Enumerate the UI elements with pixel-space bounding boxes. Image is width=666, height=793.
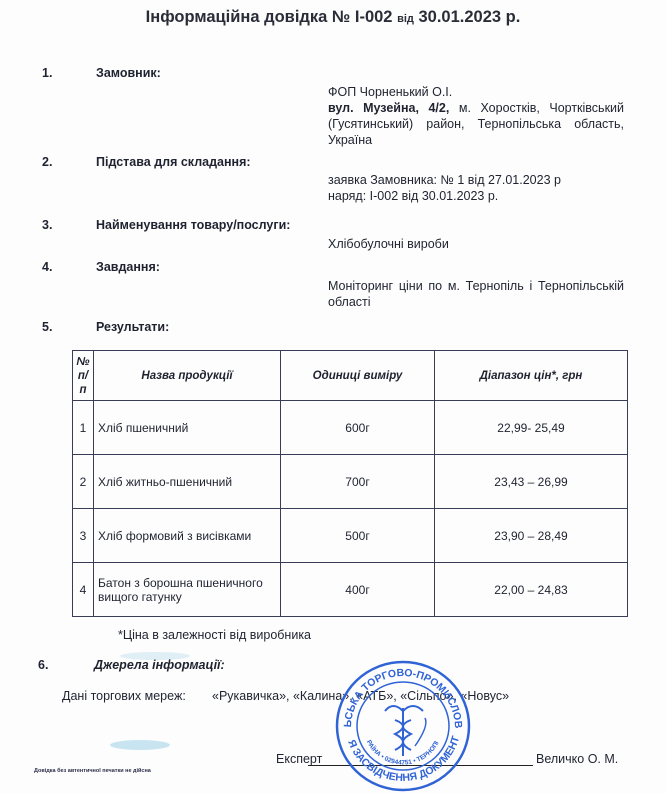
row-price-range: 23,90 – 28,49 bbox=[435, 509, 628, 563]
row-number: 2 bbox=[73, 455, 94, 509]
price-footnote: *Ціна в залежності від виробника bbox=[118, 628, 311, 642]
row-unit: 500г bbox=[281, 509, 435, 563]
signature-role: Експерт bbox=[276, 752, 322, 766]
section-4-label: Завдання: bbox=[96, 260, 160, 274]
signature-name: Величко О. М. bbox=[536, 752, 618, 766]
disclaimer-text: Довідка без автентичної печатки не дійсн… bbox=[34, 768, 151, 774]
header-unit: Одиниці виміру bbox=[281, 351, 435, 401]
scan-speck bbox=[120, 652, 190, 660]
header-product-name: Назва продукції bbox=[94, 351, 281, 401]
customer-name: ФОП Чорненький О.І. bbox=[328, 84, 624, 100]
section-2-number: 2. bbox=[42, 155, 52, 169]
customer-address: вул. Музейна, 4/2, м. Хоростків, Чортків… bbox=[328, 100, 624, 148]
row-unit: 400г bbox=[281, 563, 435, 617]
section-1-label: Замовник: bbox=[96, 66, 161, 80]
row-number: 4 bbox=[73, 563, 94, 617]
table-row: 3 Хліб формовий з висівками 500г 23,90 –… bbox=[73, 509, 628, 563]
section-5-label: Результати: bbox=[96, 320, 169, 334]
table-row: 2 Хліб житньо-пшеничний 700г 23,43 – 26,… bbox=[73, 455, 628, 509]
row-product-name: Хліб пшеничний bbox=[94, 401, 281, 455]
table-row: 1 Хліб пшеничний 600г 22,99- 25,49 bbox=[73, 401, 628, 455]
customer-street: вул. Музейна, 4/2, bbox=[328, 101, 449, 115]
row-number: 1 bbox=[73, 401, 94, 455]
section-3-number: 3. bbox=[42, 218, 52, 232]
scan-speck bbox=[110, 740, 170, 750]
section-2-label: Підстава для складання: bbox=[96, 155, 251, 169]
row-unit: 700г bbox=[281, 455, 435, 509]
section-6-number: 6. bbox=[38, 658, 48, 672]
table-header-row: № п/ п Назва продукції Одиниці виміру Ді… bbox=[73, 351, 628, 401]
section-5-number: 5. bbox=[42, 320, 52, 334]
row-product-name: Хліб формовий з висівками bbox=[94, 509, 281, 563]
title-date: 30.01.2023 р. bbox=[419, 8, 521, 26]
basis-request: заявка Замовника: № 1 від 27.01.2023 р bbox=[328, 172, 624, 188]
section-3-label: Найменування товару/послуги: bbox=[96, 218, 290, 232]
basis-order: наряд: І-002 від 30.01.2023 р. bbox=[328, 188, 624, 204]
task-text: Моніторинг ціни по м. Тернопіль і Терноп… bbox=[328, 278, 624, 310]
results-table: № п/ п Назва продукції Одиниці виміру Ді… bbox=[72, 350, 628, 617]
row-product-name: Батон з борошна пшеничного вищого гатунк… bbox=[94, 563, 281, 617]
table-row: 4 Батон з борошна пшеничного вищого гату… bbox=[73, 563, 628, 617]
header-number: № п/ п bbox=[73, 351, 94, 401]
row-number: 3 bbox=[73, 509, 94, 563]
row-price-range: 23,43 – 26,99 bbox=[435, 455, 628, 509]
title-from: від bbox=[397, 13, 414, 25]
svg-text:ТЕРНОПІЛЬСЬКА ТОРГОВО-ПРОМИСЛО: ТЕРНОПІЛЬСЬКА ТОРГОВО-ПРОМИСЛОВА ПАЛАТА bbox=[333, 656, 464, 729]
official-stamp: ТЕРНОПІЛЬСЬКА ТОРГОВО-ПРОМИСЛОВА ПАЛАТА … bbox=[333, 656, 473, 793]
document-title: Інформаційна довідка № І-002 від 30.01.2… bbox=[0, 8, 666, 27]
section-6-label: Джерела інформації: bbox=[94, 658, 225, 672]
title-main: Інформаційна довідка № І-002 bbox=[146, 8, 393, 26]
row-unit: 600г bbox=[281, 401, 435, 455]
row-price-range: 22,99- 25,49 bbox=[435, 401, 628, 455]
header-price-range: Діапазон цін*, грн bbox=[435, 351, 628, 401]
row-product-name: Хліб житньо-пшеничний bbox=[94, 455, 281, 509]
sources-label: Дані торгових мереж: bbox=[62, 689, 186, 703]
section-4-number: 4. bbox=[42, 260, 52, 274]
product-category: Хлібобулочні вироби bbox=[328, 236, 624, 252]
stamp-seal-icon: ТЕРНОПІЛЬСЬКА ТОРГОВО-ПРОМИСЛОВА ПАЛАТА … bbox=[333, 656, 473, 793]
row-price-range: 22,00 – 24,83 bbox=[435, 563, 628, 617]
section-1-number: 1. bbox=[42, 66, 52, 80]
